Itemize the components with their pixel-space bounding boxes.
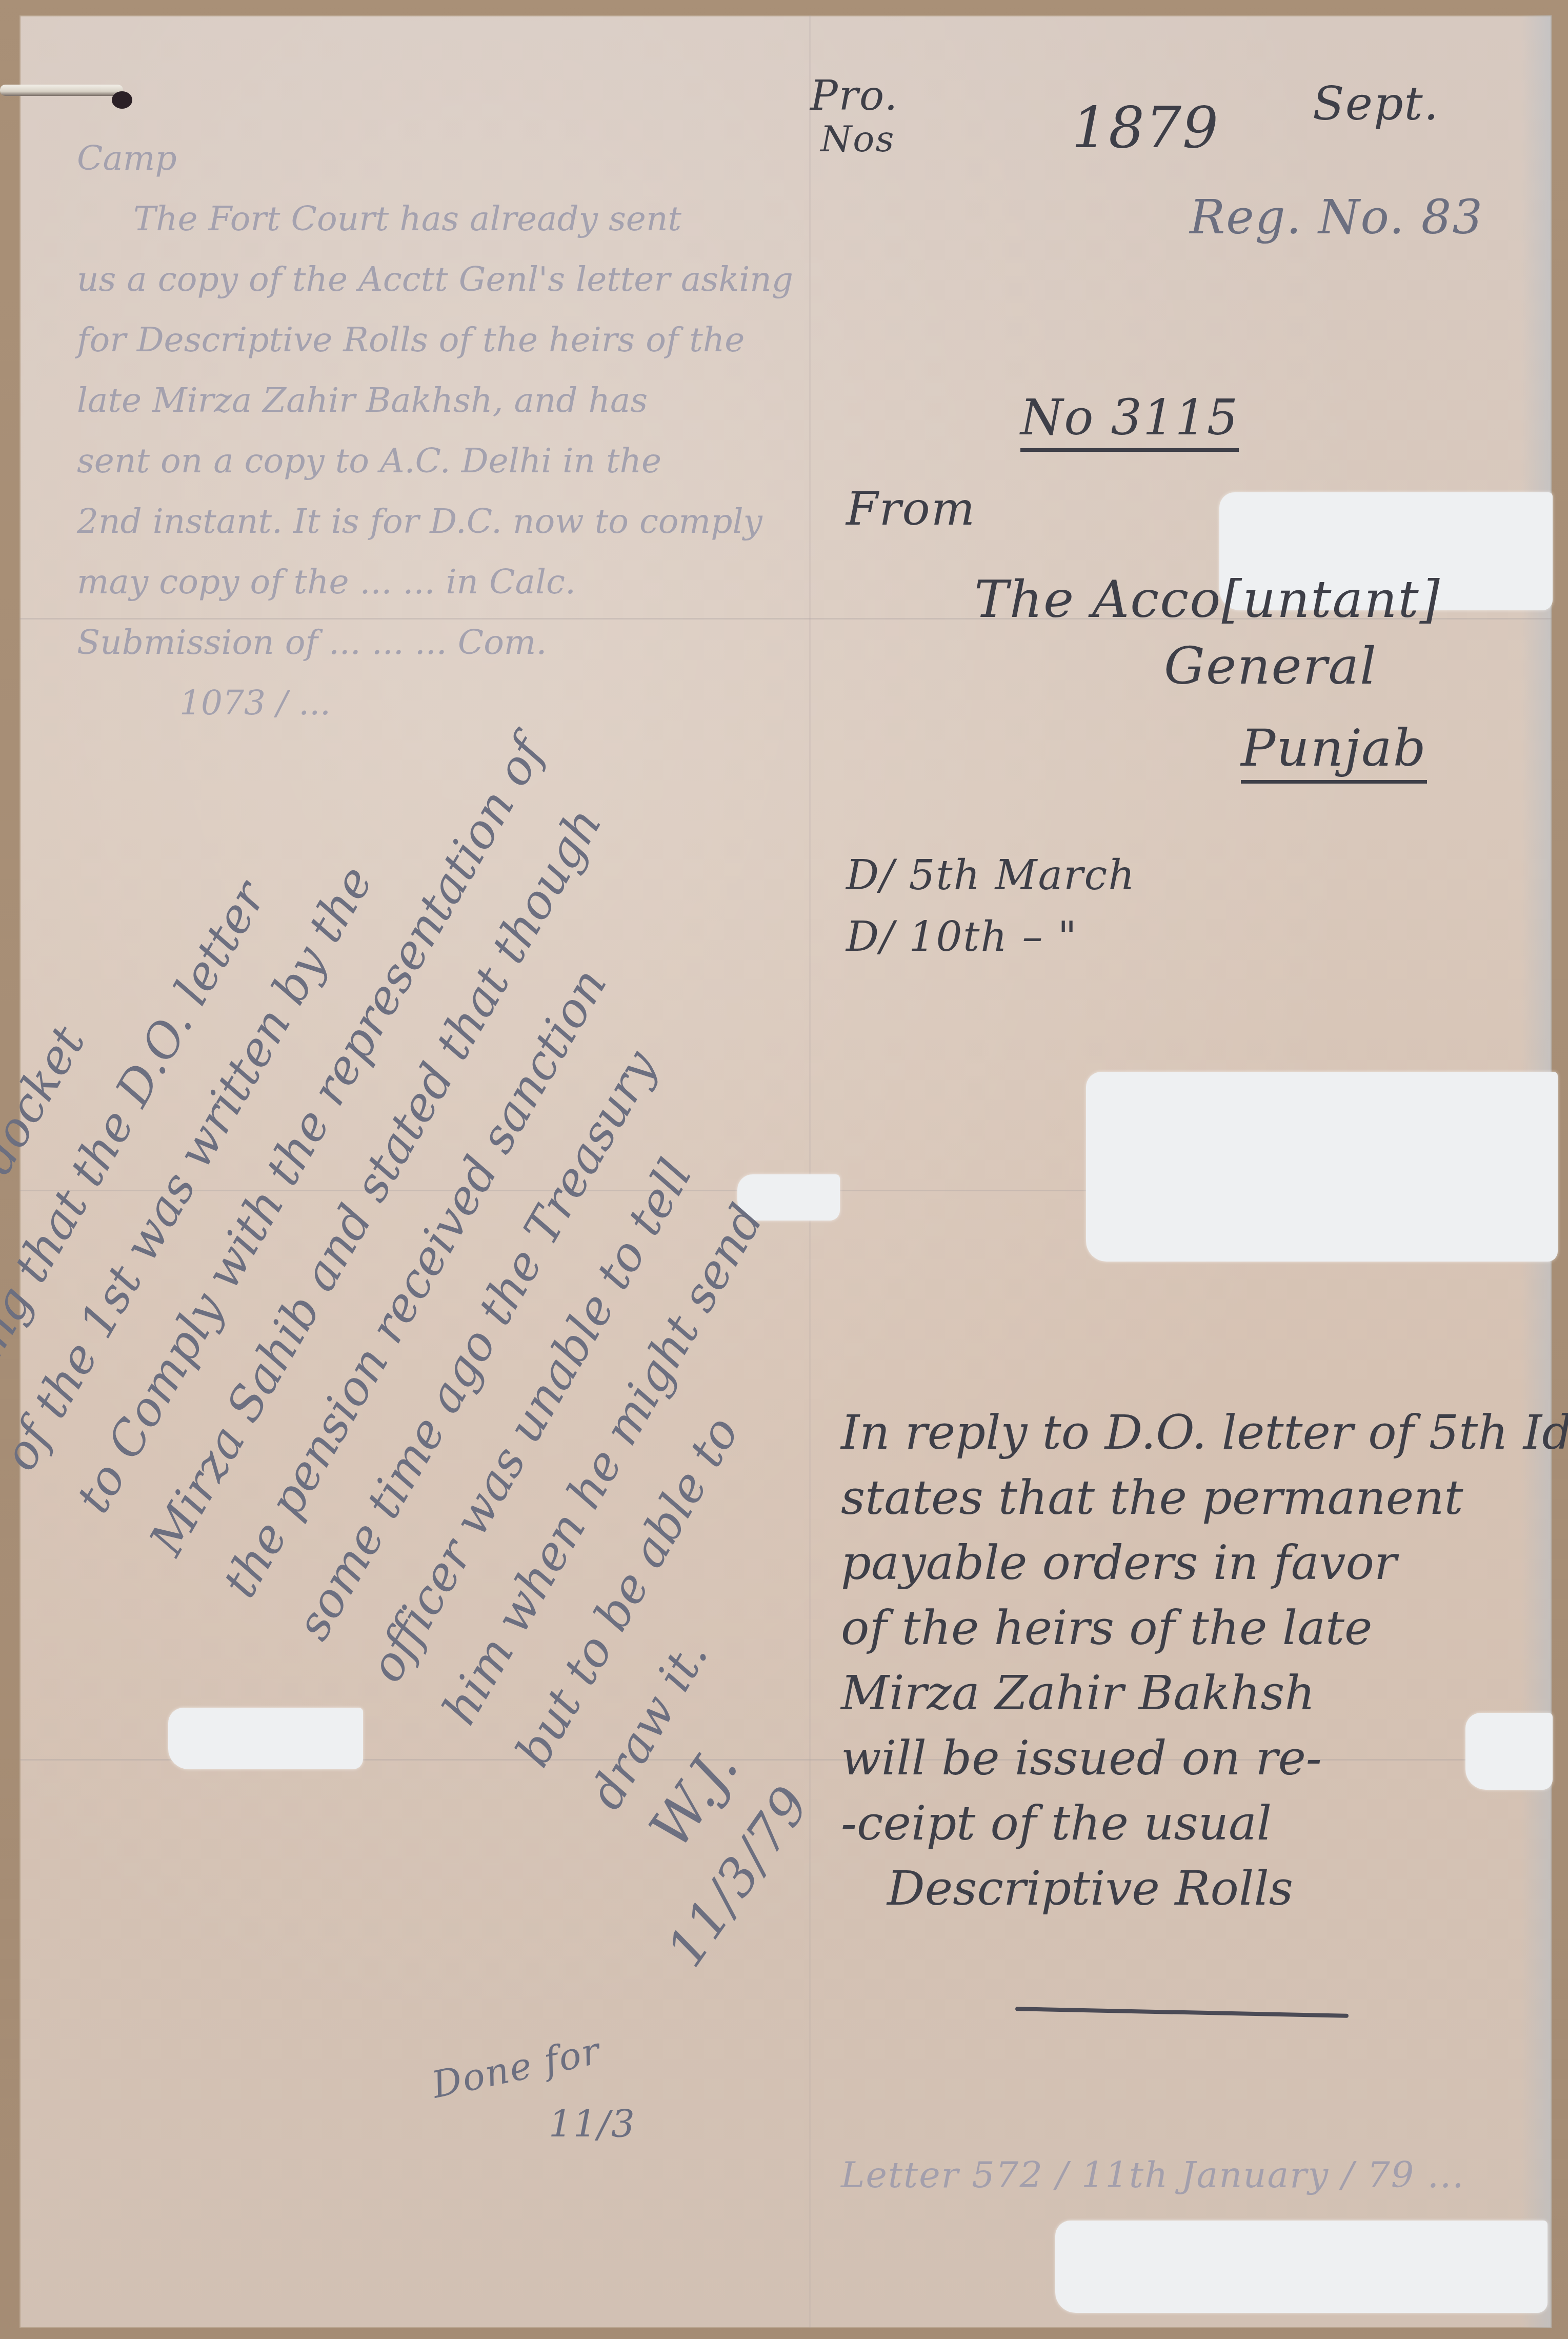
note-line: 1073 / ... <box>77 673 810 733</box>
note-line: 2nd instant. It is for D.C. now to compl… <box>77 491 810 552</box>
year: 1879 <box>1072 95 1219 161</box>
reply-line: will be issued on re- <box>841 1726 1538 1791</box>
note-line: Camp <box>77 128 810 189</box>
note-line: sent on a copy to A.C. Delhi in the <box>77 431 810 491</box>
binding-string <box>0 85 123 96</box>
tape-patch <box>1055 2221 1547 2313</box>
note-line: may copy of the ... ... in Calc. <box>77 552 810 612</box>
reply-line: In reply to D.O. letter of 5th Idem <box>841 1400 1538 1465</box>
from-label: From <box>846 482 976 536</box>
reply-paragraph: In reply to D.O. letter of 5th Idem stat… <box>841 1400 1538 1921</box>
note-line: us a copy of the Acctt Genl's letter ask… <box>77 249 810 310</box>
reply-line: of the heirs of the late <box>841 1595 1538 1661</box>
stamp-sub: Nos <box>820 118 895 160</box>
footer-reference: Letter 572 / 11th January / 79 ... <box>841 2154 1464 2196</box>
letter-number: No 3115 <box>1020 390 1239 446</box>
stamp-mark: Pro. <box>810 72 898 119</box>
date-line-2: D/ 10th – " <box>846 913 1078 961</box>
done-note-line-2: 11/3 <box>549 2103 636 2146</box>
month: Sept. <box>1313 77 1439 131</box>
date-line-1: D/ 5th March <box>846 851 1136 899</box>
reply-line: Mirza Zahir Bakhsh <box>841 1661 1538 1726</box>
tape-patch <box>1086 1072 1558 1262</box>
punch-hole <box>112 91 132 109</box>
pencil-note-top: Camp The Fort Court has already sent us … <box>77 128 810 733</box>
tape-patch <box>168 1708 363 1769</box>
reply-line: states that the permanent <box>841 1465 1538 1530</box>
reply-line: payable orders in favor <box>841 1530 1538 1595</box>
note-line: Submission of ... ... ... Com. <box>77 612 810 673</box>
reply-line: -ceipt of the usual <box>841 1791 1538 1856</box>
from-line-2: General <box>1164 636 1377 696</box>
from-line-1: The Acco[untant] <box>974 569 1441 629</box>
note-line: The Fort Court has already sent <box>77 189 810 249</box>
note-line: for Descriptive Rolls of the heirs of th… <box>77 310 810 370</box>
reply-line: Descriptive Rolls <box>841 1856 1538 1921</box>
note-line: late Mirza Zahir Bakhsh, and has <box>77 370 810 431</box>
from-line-3: Punjab <box>1241 718 1427 778</box>
register-number: Reg. No. 83 <box>1190 190 1483 245</box>
letter-number-text: No 3115 <box>1020 390 1239 452</box>
